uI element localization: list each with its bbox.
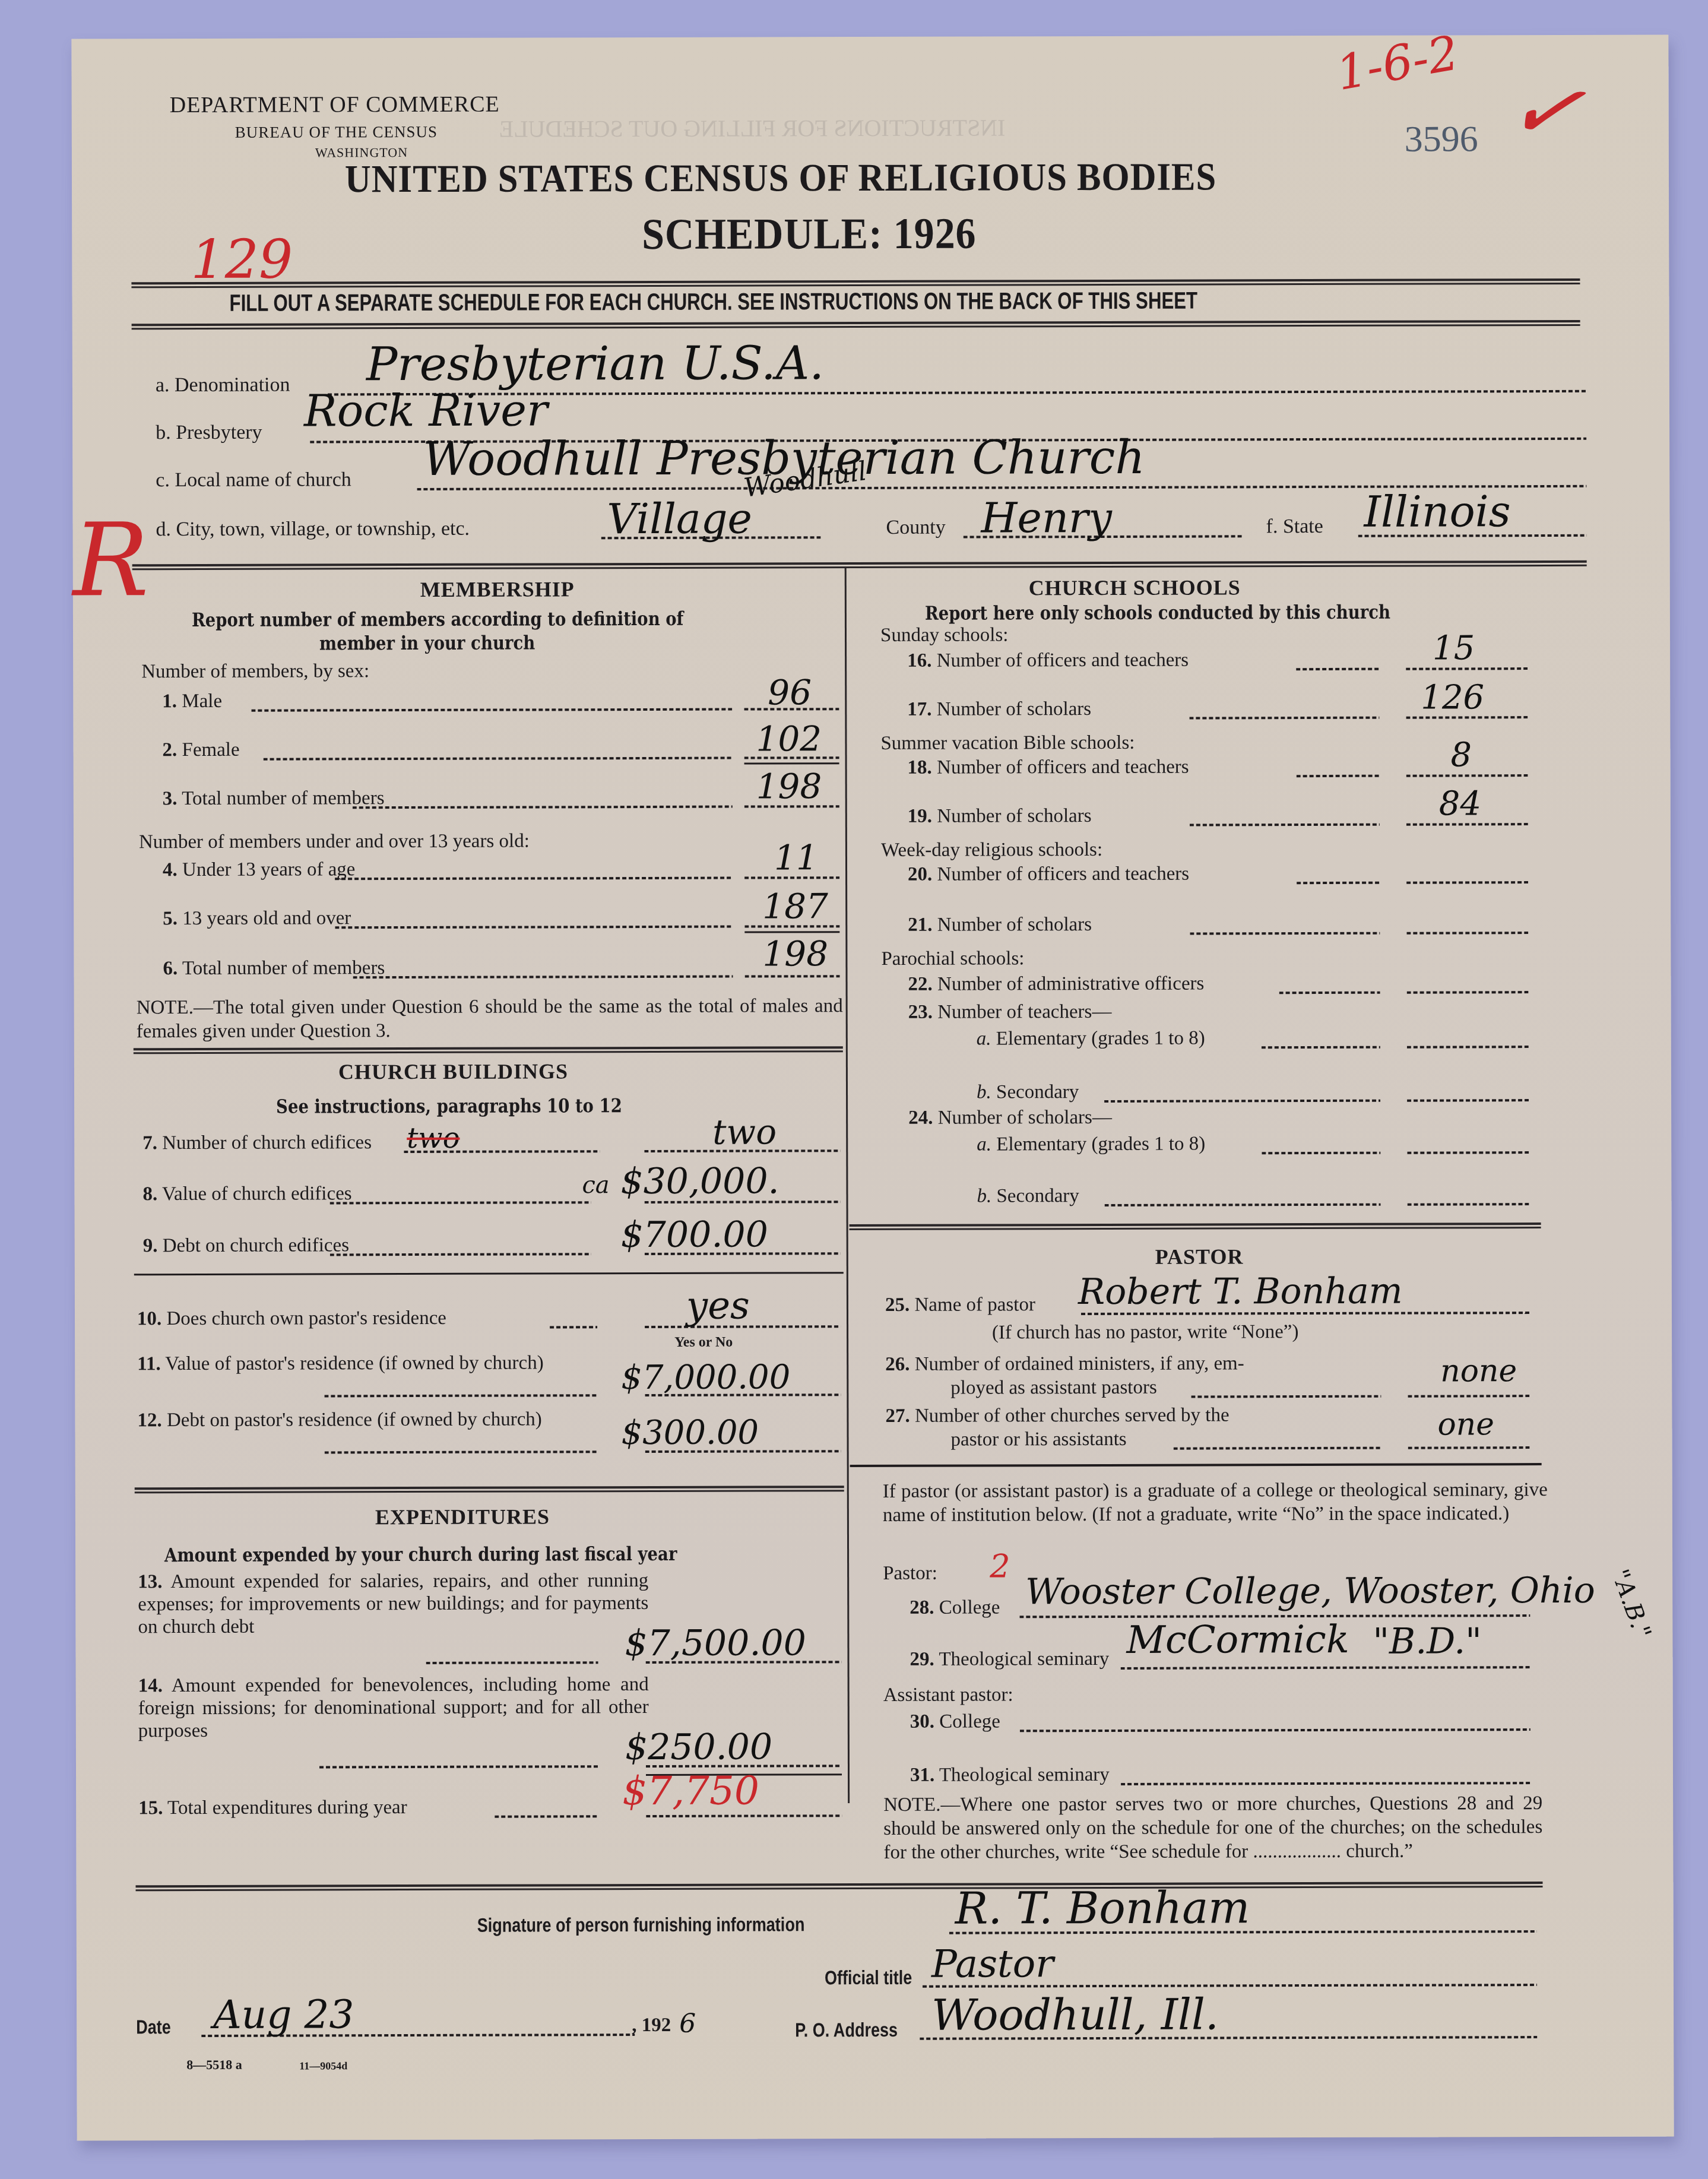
official-title-field[interactable]: Pastor (931, 1942, 1054, 1987)
pastor-red-mark: 2 (990, 1547, 1010, 1585)
denomination-field[interactable]: Presbyterian U.S.A. (366, 337, 824, 391)
q11-label: 11. Value of pastor's residence (if owne… (137, 1350, 642, 1377)
pastor-note: NOTE.—Where one pastor serves two or mor… (883, 1791, 1542, 1864)
presbytery-label: b. Presbytery (156, 422, 262, 444)
q30-label: 30. College (910, 1711, 1000, 1733)
secondary-scholars-field[interactable] (1408, 1203, 1529, 1206)
local-church-name-label: c. Local name of church (156, 468, 351, 492)
q7-label: 7. Number of church edifices (142, 1132, 372, 1154)
no-pastor-hint: (If church has no pastor, write “None”) (992, 1321, 1298, 1344)
form-title: UNITED STATES CENSUS OF RELIGIOUS BODIES (345, 154, 1216, 202)
female-count-field[interactable]: 102 (756, 718, 822, 759)
signature-field[interactable]: R. T. Bonham (955, 1882, 1250, 1934)
census-schedule-form: INSTRUCTIONS FOR FILLING OUT SCHEDULE 1-… (71, 34, 1674, 2140)
instruction-banner: FILL OUT A SEPARATE SCHEDULE FOR EACH CH… (229, 288, 1197, 317)
admin-officers-field[interactable] (1407, 991, 1529, 994)
q2-label: 2. Female (162, 739, 239, 761)
q22-label: 22. Number of administrative officers (908, 973, 1204, 996)
red-margin-letter: R (72, 502, 149, 619)
q5-label: 5. 13 years old and over (163, 907, 351, 930)
summer-scholars-field[interactable]: 84 (1439, 784, 1481, 823)
summer-schools-label: Summer vacation Bible schools: (880, 732, 1135, 755)
assistant-pastor-label: Assistant pastor: (883, 1684, 1013, 1706)
over-13-field[interactable]: 187 (762, 886, 828, 926)
q20-label: 20. Number of officers and teachers (908, 863, 1189, 886)
total-members-field[interactable]: 198 (756, 766, 822, 806)
q6-label: 6. Total number of members (163, 957, 385, 980)
graduate-instruction: If pastor (or assistant pastor) is a gra… (883, 1478, 1548, 1527)
under-13-field[interactable]: 11 (774, 837, 818, 878)
q17-label: 17. Number of scholars (907, 698, 1091, 721)
q19-label: 19. Number of scholars (908, 805, 1092, 828)
stamped-number: 3596 (1405, 118, 1478, 160)
print-code: 11—9054d (299, 2060, 347, 2072)
weekday-schools-label: Week-day religious schools: (881, 839, 1102, 862)
q23b-label: b. Secondary (977, 1081, 1079, 1103)
sunday-scholars-field[interactable]: 126 (1421, 678, 1484, 717)
q27-label-line2: pastor or his assistants (951, 1429, 1127, 1451)
assistant-seminary-field[interactable] (1121, 1782, 1530, 1785)
q18-label: 18. Number of officers and teachers (908, 756, 1189, 779)
edifices-debt-field[interactable]: $700.00 (621, 1214, 768, 1256)
parochial-schools-label: Parochial schools: (881, 948, 1024, 970)
owns-residence-field[interactable]: yes (686, 1284, 750, 1328)
q24b-label: b. Secondary (977, 1185, 1079, 1207)
q26-label: 26. Number of ordained ministers, if any… (885, 1353, 1244, 1376)
q26-label-line2: ployed as assistant pastors (950, 1377, 1156, 1399)
q8-label: 8. Value of church edifices (142, 1183, 351, 1205)
bureau-name: BUREAU OF THE CENSUS (235, 123, 438, 142)
membership-note: NOTE.—The total given under Question 6 s… (137, 994, 843, 1043)
struck-edifices-value: two (407, 1122, 460, 1155)
form-number: 8—5518 a (186, 2057, 242, 2073)
q14-label: 14. Amount expended for benevolences, in… (138, 1673, 649, 1742)
q10-label: 10. Does church own pastor's residence (137, 1307, 446, 1330)
elementary-scholars-field[interactable] (1407, 1151, 1529, 1154)
weekday-teachers-field[interactable] (1406, 881, 1528, 884)
seminary-degree: "B.D." (1373, 1620, 1482, 1662)
city-field[interactable]: Village (607, 495, 752, 544)
college-degree: "A.B." (1606, 1566, 1656, 1642)
q28-label: 28. College (910, 1597, 1000, 1619)
church-schools-heading: CHURCH SCHOOLS (1029, 575, 1241, 600)
red-code-annotation: 1-6-2 (1332, 25, 1463, 101)
red-check-mark-icon: ✓ (1498, 52, 1593, 169)
church-buildings-heading: CHURCH BUILDINGS (338, 1059, 568, 1084)
expenditures-instruction: Amount expended by your church during la… (164, 1543, 677, 1566)
sunday-schools-label: Sunday schools: (880, 624, 1009, 647)
denomination-label: a. Denomination (156, 374, 290, 397)
membership-instruction: Report number of members according to de… (192, 607, 684, 631)
date-field[interactable]: Aug 23 (213, 1991, 354, 2038)
q24-label: 24. Number of scholars— (908, 1107, 1112, 1129)
signature-label: Signature of person furnishing informati… (477, 1913, 805, 1936)
po-address-field[interactable]: Woodhull, Ill. (931, 1989, 1219, 2039)
q21-label: 21. Number of scholars (908, 914, 1092, 936)
pastor-name-field[interactable]: Robert T. Bonham (1078, 1271, 1403, 1313)
church-schools-instruction: Report here only schools conducted by th… (925, 601, 1390, 625)
year-field[interactable]: 6 (679, 2009, 696, 2039)
county-label: County (886, 517, 945, 539)
pastor-education-label: Pastor: (883, 1563, 937, 1585)
seminary-field[interactable]: McCormick (1126, 1618, 1349, 1662)
members-by-sex-label: Number of members, by sex: (141, 660, 369, 683)
benevolences-field[interactable]: $250.00 (625, 1726, 772, 1768)
q31-label: 31. Theological seminary (910, 1764, 1110, 1787)
elementary-teachers-field[interactable] (1407, 1046, 1529, 1049)
state-label: f. State (1266, 515, 1323, 538)
secondary-teachers-field[interactable] (1407, 1099, 1529, 1102)
total-expenditures-field[interactable]: $7,750 (622, 1768, 759, 1814)
weekday-scholars-field[interactable] (1406, 932, 1528, 935)
department-name: DEPARTMENT OF COMMERCE (170, 91, 500, 118)
q23a-label: a. Elementary (grades 1 to 8) (977, 1028, 1205, 1050)
edifices-count-field[interactable]: two (712, 1111, 777, 1152)
male-count-field[interactable]: 96 (768, 672, 812, 712)
q12-label: 12. Debt on pastor's residence (if owned… (137, 1406, 642, 1433)
bleed-through-heading: INSTRUCTIONS FOR FILLING OUT SCHEDULE (499, 113, 1006, 142)
assistant-ministers-field[interactable]: none (1440, 1353, 1517, 1389)
summer-teachers-field[interactable]: 8 (1450, 736, 1472, 774)
q3-label: 3. Total number of members (163, 787, 385, 810)
schedule-title: SCHEDULE: 1926 (642, 209, 977, 260)
membership-heading: MEMBERSHIP (420, 577, 575, 602)
year-prefix: , 192 (632, 2015, 671, 2037)
q27-label: 27. Number of other churches served by t… (885, 1404, 1229, 1427)
city-label: d. City, town, village, or township, etc… (156, 518, 470, 541)
q16-label: 16. Number of officers and teachers (907, 650, 1189, 672)
q13-label: 13. Amount expended for salaries, repair… (138, 1569, 648, 1638)
q24a-label: a. Elementary (grades 1 to 8) (977, 1133, 1205, 1156)
yes-or-no-hint: Yes or No (674, 1335, 733, 1351)
state-field[interactable]: Illinois (1364, 486, 1510, 537)
county-field[interactable]: Henry (981, 493, 1112, 543)
official-title-label: Official title (825, 1966, 912, 1989)
college-field[interactable]: Wooster College, Wooster, Ohio (1025, 1570, 1595, 1613)
running-expenses-field[interactable]: $7,500.00 (625, 1622, 806, 1664)
sunday-teachers-field[interactable]: 15 (1433, 629, 1475, 667)
membership-instruction-2: member in your church (319, 631, 535, 654)
residence-value-field[interactable]: $7,000.00 (621, 1358, 790, 1397)
members-by-age-label: Number of members under and over 13 year… (139, 831, 530, 854)
q4-label: 4. Under 13 years of age (163, 859, 355, 881)
q15-label: 15. Total expenditures during year (138, 1797, 407, 1819)
q1-label: 1. Male (162, 691, 222, 712)
q29-label: 29. Theological seminary (910, 1648, 1109, 1671)
pastor-heading: PASTOR (1155, 1244, 1244, 1269)
assistant-college-field[interactable] (1020, 1728, 1530, 1732)
presbytery-field[interactable]: Rock River (304, 385, 548, 436)
edifices-value-field[interactable]: $30,000. (620, 1160, 779, 1202)
church-buildings-instruction: See instructions, paragraphs 10 to 12 (276, 1094, 622, 1118)
other-churches-field[interactable]: one (1437, 1407, 1494, 1442)
residence-debt-field[interactable]: $300.00 (621, 1414, 759, 1453)
total-members-check-field[interactable]: 198 (762, 933, 828, 974)
q25-label: 25. Name of pastor (885, 1294, 1035, 1316)
expenditures-heading: EXPENDITURES (375, 1504, 550, 1529)
approx-prefix: ca (582, 1171, 609, 1199)
date-label: Date (136, 2016, 171, 2038)
po-address-label: P. O. Address (795, 2019, 898, 2041)
q9-label: 9. Debt on church edifices (143, 1234, 349, 1257)
q23-label: 23. Number of teachers— (908, 1001, 1112, 1024)
